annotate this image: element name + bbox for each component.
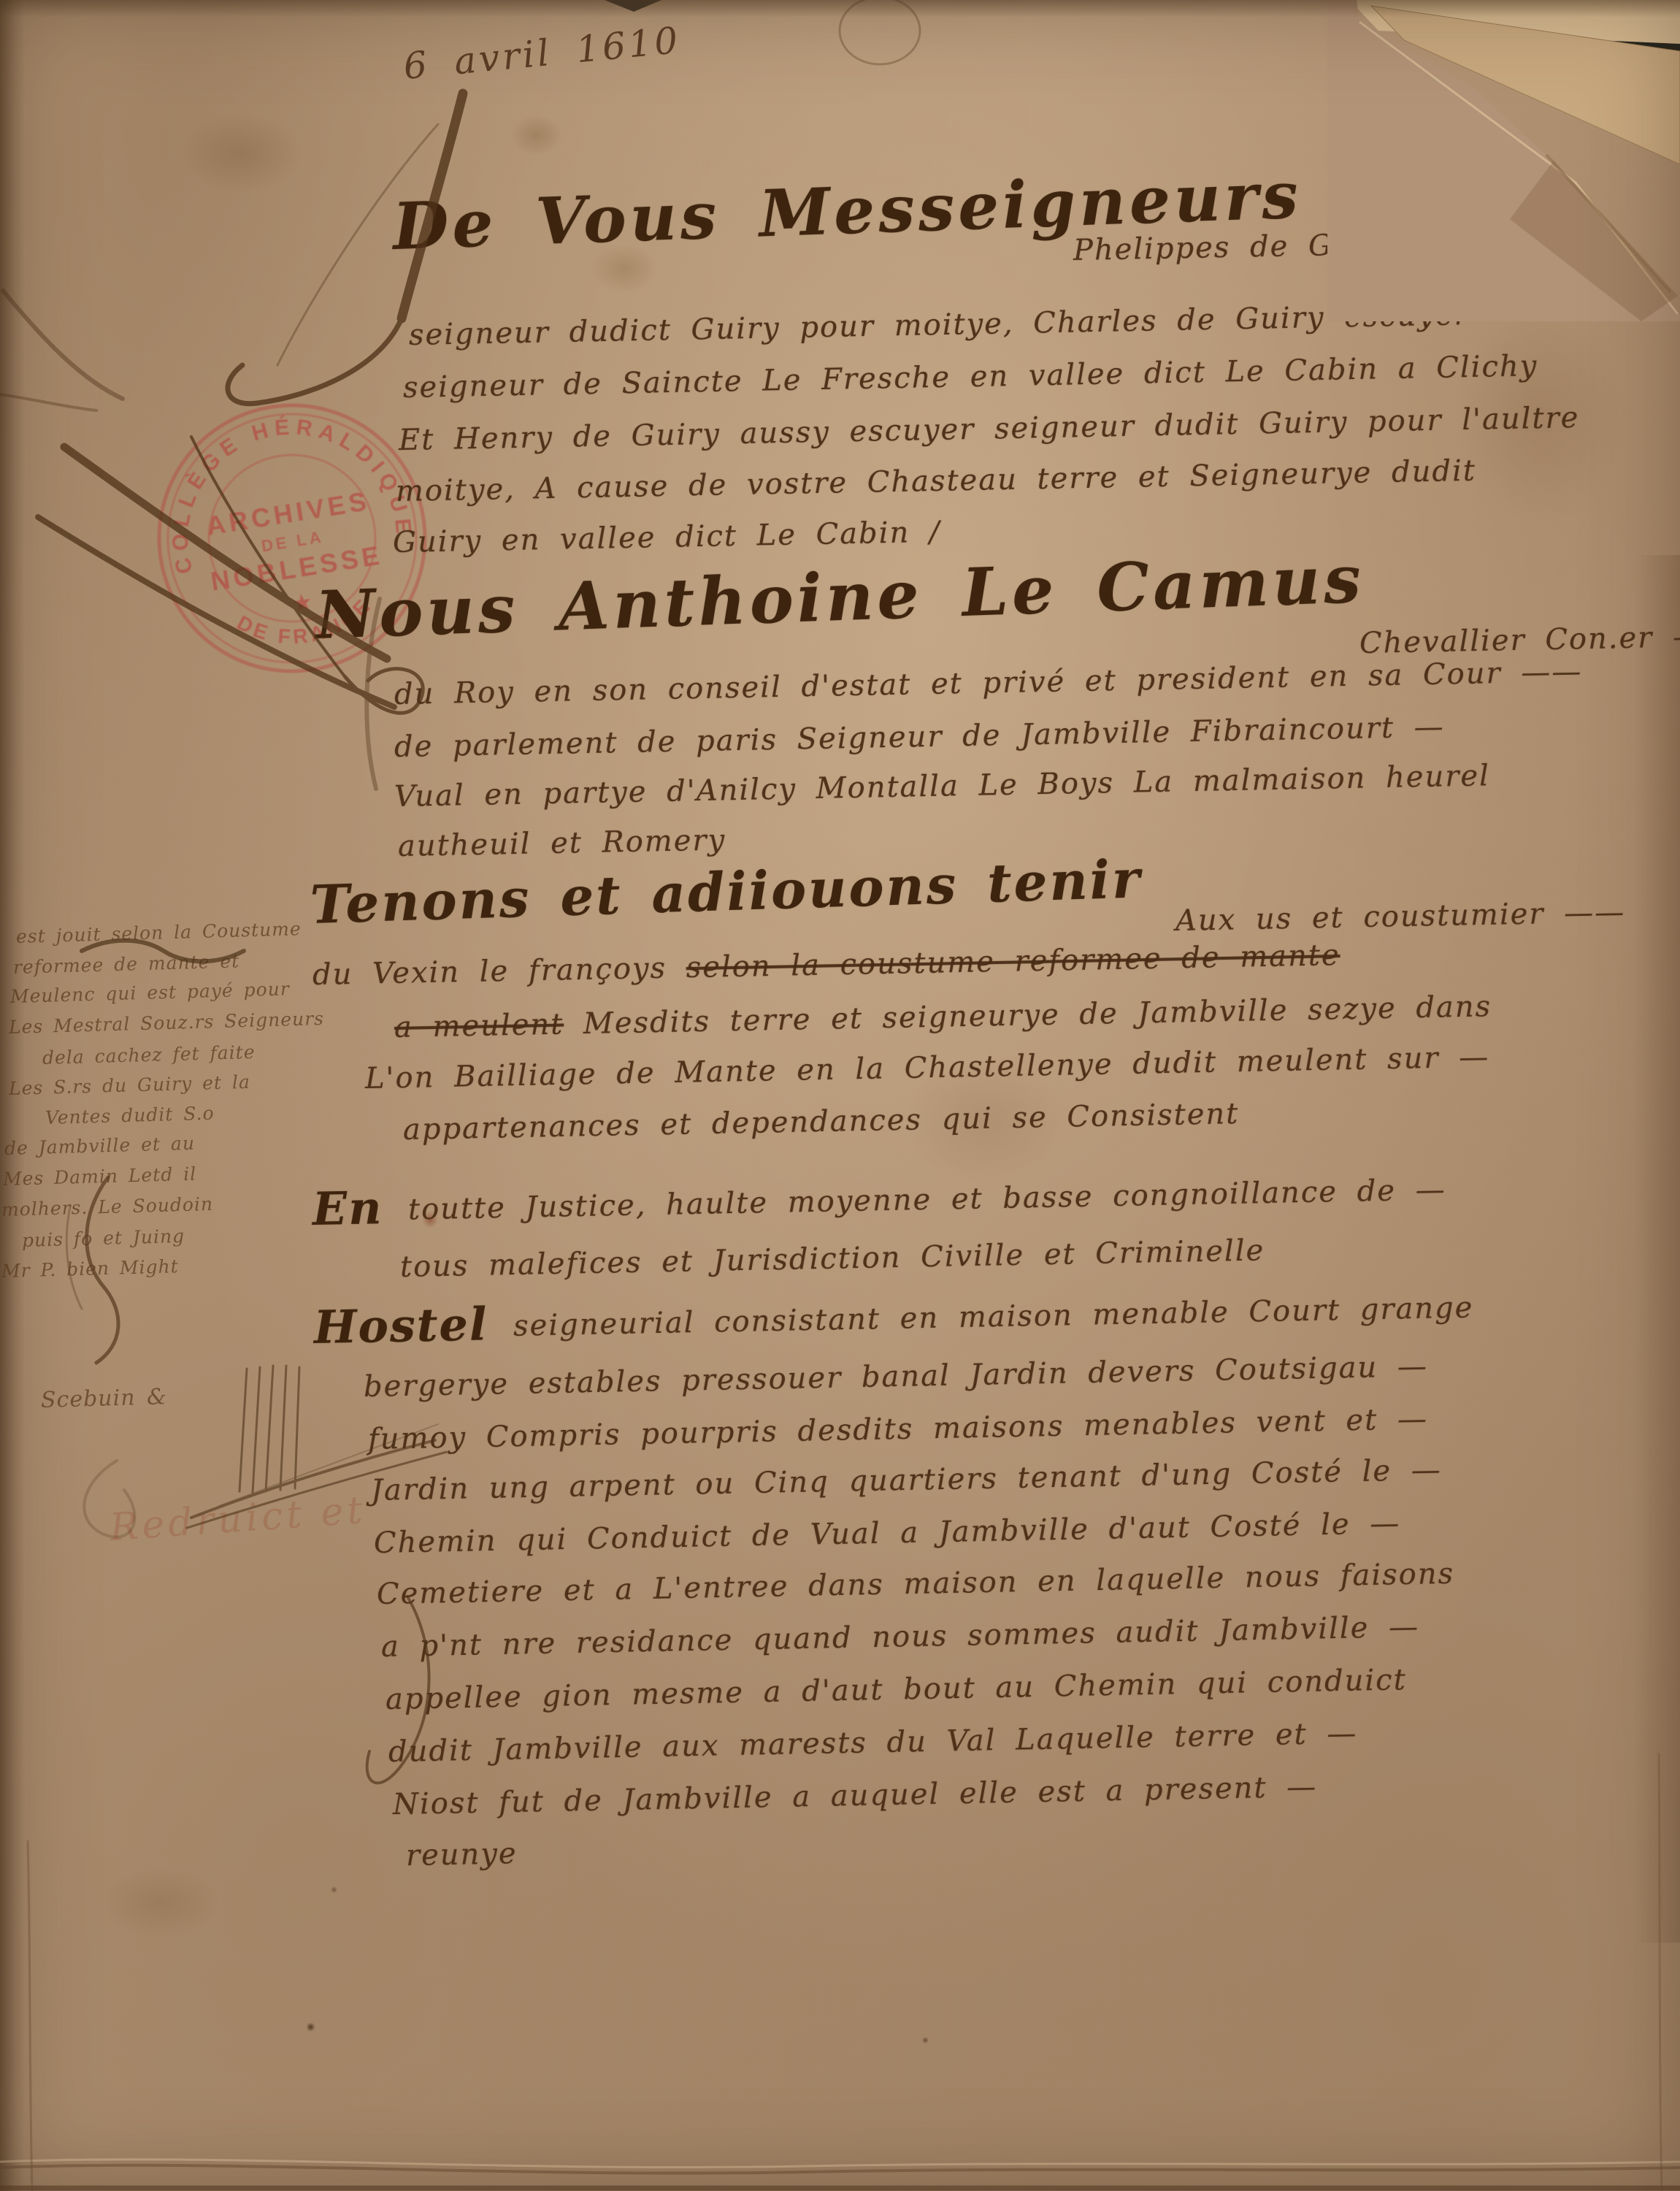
manuscript-line: du Roy en son conseil d'estat et privé e… (394, 655, 1583, 711)
manuscript-line: autheuil et Romery (398, 823, 726, 863)
manuscript-page: COLLÈGE HÉRALDIQUE DE FRANCE ARCHIVES DE… (0, 0, 1680, 2191)
torn-corner (1327, 0, 1680, 321)
manuscript-line: Chevallier Con.er —— (1359, 619, 1680, 660)
manuscript-line: Hostel seigneurial consistant en maison … (314, 1291, 1474, 1347)
manuscript-line: Et Henry de Guiry aussy escuyer seigneur… (399, 401, 1580, 457)
manuscript-line: a meulent Mesdits terre et seigneurye de… (394, 990, 1492, 1044)
manuscript-line: Chemin qui Conduict de Vual a Jambville … (374, 1507, 1401, 1560)
margin-note: Scebuin & (41, 1384, 168, 1413)
margin-note: dela cachez fet faite (42, 1041, 256, 1068)
manuscript-line: En toutte Justice, haulte moyenne et bas… (312, 1173, 1446, 1228)
margin-note: Ventes dudit S.o (45, 1103, 215, 1128)
margin-note: Mes Damin Letd il (3, 1163, 197, 1190)
top-edge-notch (605, 0, 661, 12)
illuminated-capital: En (312, 1208, 383, 1209)
top-circle-mark (840, 0, 920, 64)
margin-note: de Jambville et au (4, 1133, 196, 1159)
struck-text: a meulent (394, 1008, 564, 1044)
manuscript-line: dudit Jambville aux marests du Val Laque… (388, 1717, 1358, 1769)
date-annotation: 6 avril 1610 (402, 19, 683, 88)
margin-note: est jouit selon la Coustume (16, 918, 302, 947)
fold-creases (0, 1753, 1680, 2191)
margin-note: Les S.rs du Guiry et la (9, 1071, 251, 1099)
line-segment: toutte Justice, haulte moyenne et basse … (388, 1173, 1446, 1227)
faded-margin-inscription: Redruict et (108, 1488, 367, 1550)
stamp-line2: DE LA (260, 527, 325, 555)
line-segment: seigneurial consistant en maison menable… (494, 1291, 1474, 1344)
manuscript-line: bergerye estables pressouer banal Jardin… (364, 1350, 1429, 1404)
stamp-line1: ARCHIVES (204, 486, 372, 541)
manuscript-line: tous malefices et Jurisdiction Civille e… (400, 1234, 1265, 1284)
manuscript-line: seigneur de Saincte Le Fresche en vallee… (403, 349, 1538, 405)
parchment-stain (1634, 555, 1680, 1943)
ink-dot (921, 2036, 929, 2044)
stamp-star-icon: ★ (290, 587, 315, 618)
line-segment: Mesdits terre et seigneurye de Jambville… (564, 990, 1492, 1041)
page-number: 1 (1443, 72, 1473, 121)
struck-text: selon la coustume reformee de mante (686, 938, 1340, 984)
margin-note: molhers. Le Soudoin (1, 1193, 214, 1220)
manuscript-line: du Vexin le françoys selon la coustume r… (312, 938, 1340, 992)
margin-note: reformee de mante et (13, 950, 240, 978)
illuminated-capital: Hostel (314, 1324, 488, 1328)
manuscript-line: L'on Bailliage de Mante en la Chastellen… (365, 1040, 1490, 1095)
manuscript-line: Guiry en vallee dict Le Cabin / (393, 516, 941, 559)
margin-note: Mr P. bien Might (1, 1255, 179, 1282)
parchment-stain (157, 99, 325, 208)
manuscript-line: seigneur dudict Guiry pour moitye, Charl… (409, 297, 1520, 352)
parchment-stain (80, 1855, 241, 1950)
line-segment: du Vexin le françoys (312, 951, 687, 992)
manuscript-line: Jardin ung arpent ou Cinq quartiers tena… (371, 1453, 1443, 1507)
stamp-arc-top-text: COLLÈGE HÉRALDIQUE (150, 397, 418, 576)
manuscript-line: appartenances et dependances qui se Cons… (403, 1097, 1240, 1147)
margin-note: Les Mestral Souz.rs Seigneurs (9, 1008, 325, 1038)
margin-note: puis fo et Juing (22, 1225, 185, 1251)
manuscript-line: reunye (406, 1837, 518, 1873)
ink-dot (330, 1886, 338, 1894)
manuscript-line: appellee gion mesme a d'aut bout au Chem… (386, 1663, 1408, 1716)
manuscript-line: Niost fut de Jambville a auquel elle est… (393, 1770, 1318, 1821)
manuscript-line: moitye, A cause de vostre Chasteau terre… (396, 454, 1477, 508)
manuscript-line: Aux us et coustumier —— (1175, 895, 1626, 938)
manuscript-line: Cemetiere et a L'entree dans maison en l… (377, 1557, 1455, 1611)
manuscript-line: de parlement de paris Seigneur de Jambvi… (394, 710, 1446, 764)
manuscript-line: fumoy Compris pourpris desdits maisons m… (368, 1402, 1429, 1456)
manuscript-line: Vual en partye d'Anilcy Montalla Le Boys… (394, 759, 1491, 814)
ink-dot (305, 2022, 316, 2033)
manuscript-line: a p'nt nre residance quand nous sommes a… (381, 1610, 1420, 1664)
parchment-stain (500, 106, 573, 164)
margin-note: Meulenc qui est payé pour (10, 978, 291, 1007)
